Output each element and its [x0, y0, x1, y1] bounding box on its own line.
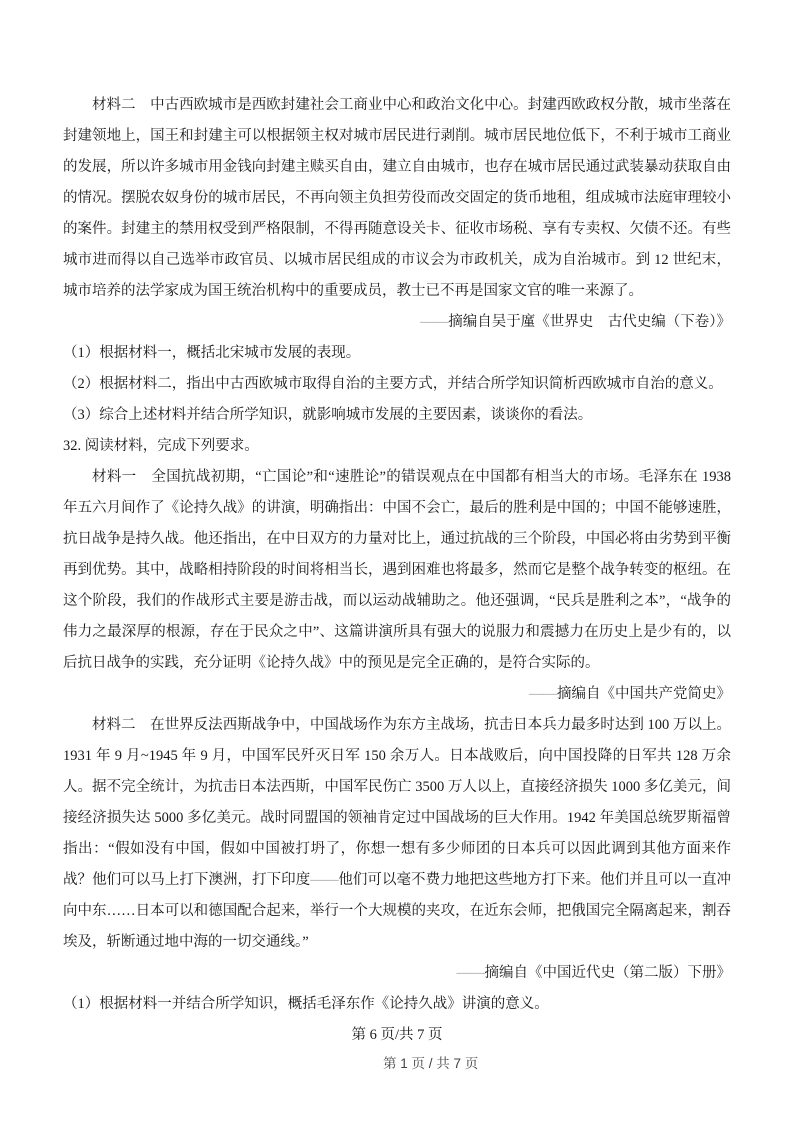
em-dash: —— [420, 314, 448, 330]
q32-material1-source: ——摘编自《中国共产党简史》 [63, 679, 731, 710]
q31-subquestion-3: （3）综合上述材料并结合所学知识，就影响城市发展的主要因素，谈谈你的看法。 [63, 400, 731, 431]
q32-material2-paragraph: 材料二 在世界反法西斯战争中，中国战场作为东方主战场，抗击日本兵力最多时达到 1… [63, 710, 731, 958]
q31-subquestion-1: （1）根据材料一，概括北宋城市发展的表现。 [63, 338, 731, 369]
q31-material2-paragraph: 材料二 中古西欧城市是西欧封建社会工商业中心和政治文化中心。封建西欧政权分散，城… [63, 90, 731, 307]
document-page-number: 第 6 页/共 7 页 [63, 1020, 731, 1051]
em-dash: —— [529, 686, 557, 702]
q31-material2-source: ——摘编自吴于廑《世界史 古代史编（下卷）》 [63, 307, 731, 338]
q32-heading: 32. 阅读材料，完成下列要求。 [63, 431, 731, 462]
q31-subquestion-2: （2）根据材料二，指出中古西欧城市取得自治的主要方式，并结合所学知识简析西欧城市… [63, 369, 731, 400]
document-content: 材料二 中古西欧城市是西欧封建社会工商业中心和政治文化中心。封建西欧政权分散，城… [63, 90, 731, 1051]
q32-subquestion-1: （1）根据材料一并结合所学知识，概括毛泽东作《论持久战》讲演的意义。 [63, 989, 731, 1020]
em-dash: —— [457, 965, 485, 981]
viewer-page-number: 第 1 页 / 共 7 页 [383, 1055, 478, 1073]
q32-material2-source: ——摘编自《中国近代史（第二版）下册》 [63, 958, 731, 989]
em-dash: —— [310, 872, 338, 888]
q32-material1-paragraph: 材料一 全国抗战初期，“亡国论”和“速胜论”的错误观点在中国都有相当大的市场。毛… [63, 462, 731, 679]
